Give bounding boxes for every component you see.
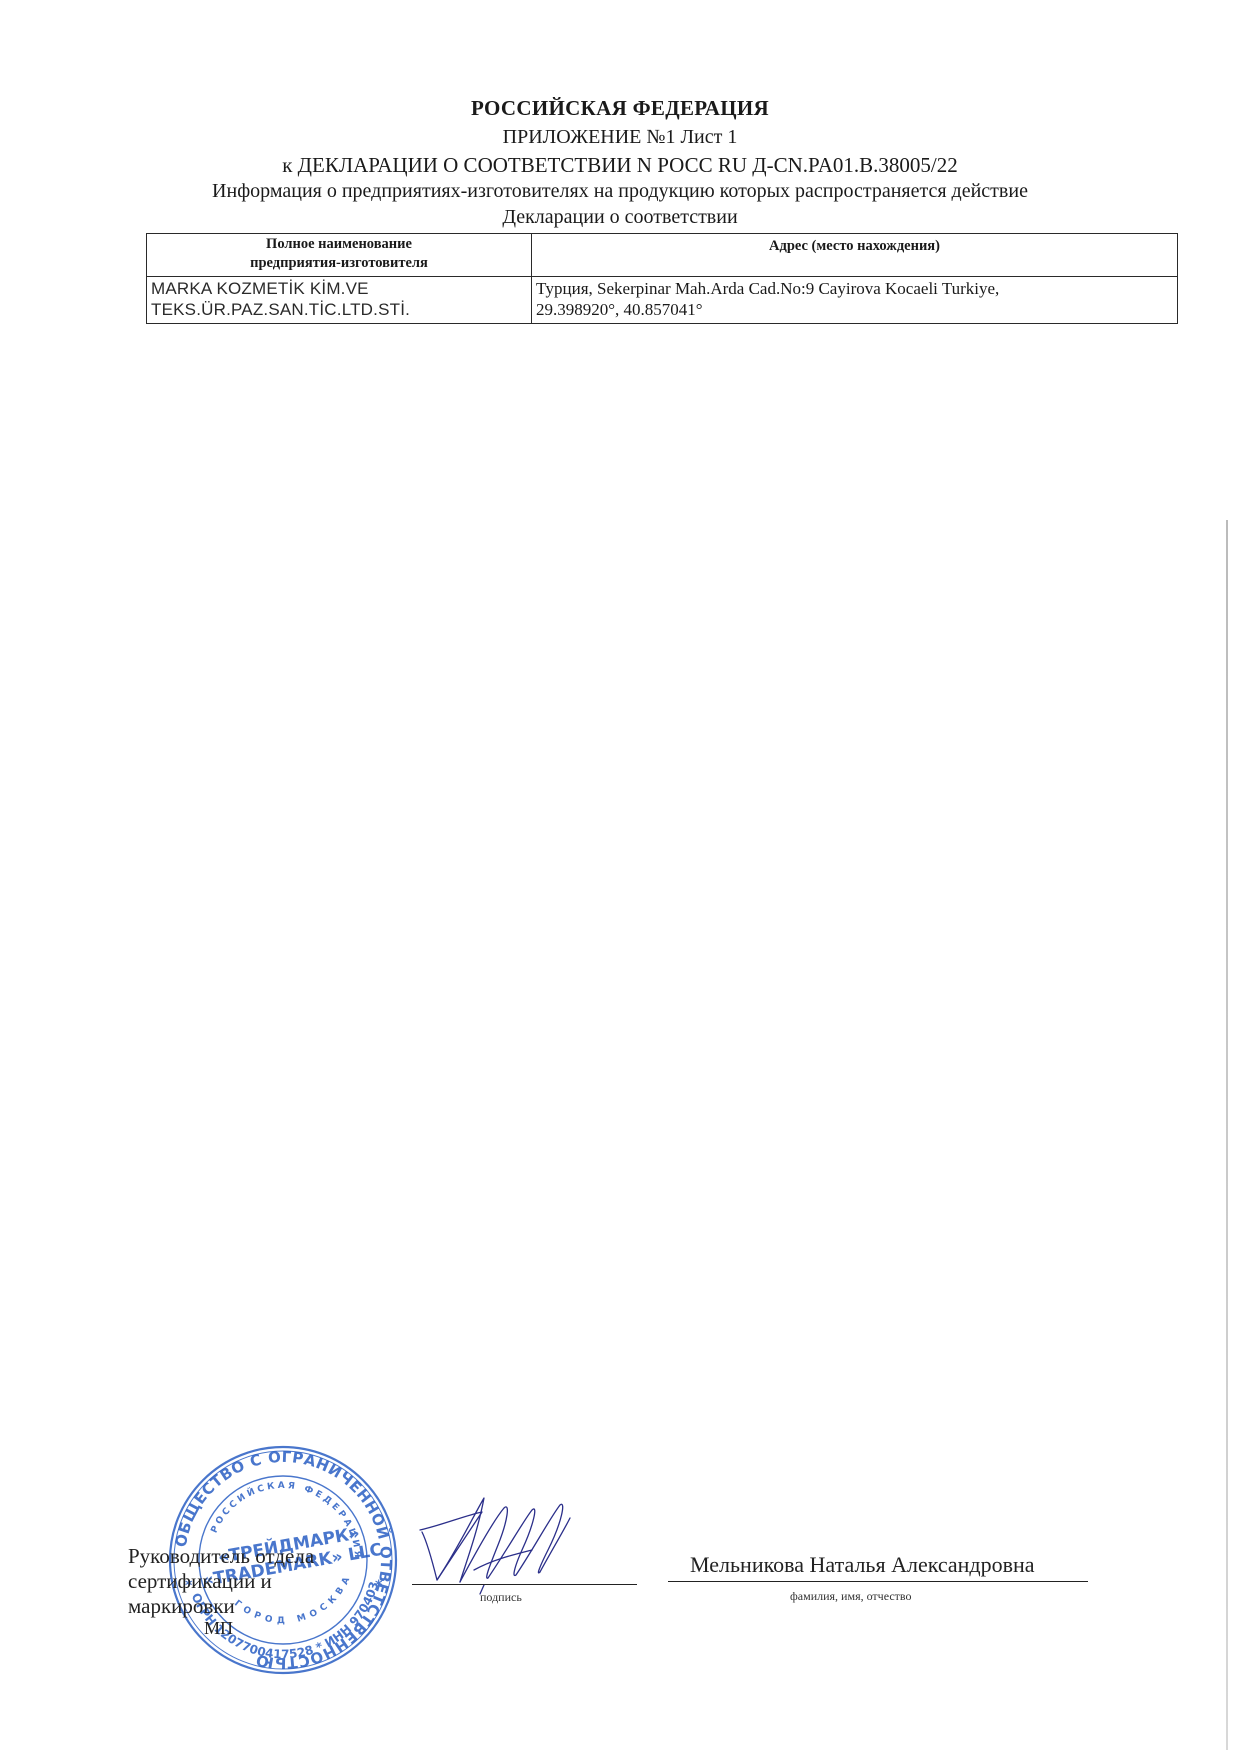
manufacturer-name-line1: MARKA KOZMETİK KİM.VE — [151, 278, 527, 299]
info-line: Информация о предприятиях-изготовителях … — [0, 180, 1240, 203]
address-coordinates: 29.398920°, 40.857041° — [536, 299, 1173, 320]
scan-artifact-line — [1226, 520, 1228, 1750]
header-address: Адрес (место нахождения) — [532, 234, 1178, 277]
header-manufacturer-name: Полное наименование предприятия-изготови… — [147, 234, 532, 277]
signature-line — [412, 1584, 637, 1585]
role-line2: сертификации и — [128, 1569, 314, 1594]
role-line1: Руководитель отдела — [128, 1544, 314, 1569]
table-header-row: Полное наименование предприятия-изготови… — [147, 234, 1178, 277]
svg-text:*: * — [375, 1578, 383, 1594]
signatory-role: Руководитель отдела сертификации и марки… — [128, 1544, 314, 1619]
table-row: MARKA KOZMETİK KİM.VE TEKS.ÜR.PAZ.SAN.Tİ… — [147, 277, 1178, 324]
role-line3: маркировки — [128, 1594, 314, 1619]
manufacturer-name-cell: MARKA KOZMETİK KİM.VE TEKS.ÜR.PAZ.SAN.Tİ… — [147, 277, 532, 324]
document-page: РОССИЙСКАЯ ФЕДЕРАЦИЯ ПРИЛОЖЕНИЕ №1 Лист … — [0, 0, 1240, 1754]
country-title: РОССИЙСКАЯ ФЕДЕРАЦИЯ — [0, 96, 1240, 121]
seal-mark: МП — [204, 1618, 233, 1639]
signatory-full-name: Мельникова Наталья Александровна — [690, 1552, 1035, 1578]
handwritten-signature-icon — [412, 1490, 602, 1595]
signature-caption: подпись — [480, 1590, 522, 1605]
annex-title: ПРИЛОЖЕНИЕ №1 Лист 1 — [0, 126, 1240, 149]
info-line-2: Декларации о соответствии — [0, 206, 1240, 229]
header-name-line1: Полное наименование — [151, 235, 527, 254]
manufacturer-address-cell: Турция, Sekerpinar Mah.Arda Cad.No:9 Cay… — [532, 277, 1178, 324]
name-caption: фамилия, имя, отчество — [790, 1589, 911, 1604]
name-line — [668, 1581, 1088, 1582]
manufacturer-name-line2: TEKS.ÜR.PAZ.SAN.TİC.LTD.STİ. — [151, 299, 527, 320]
address-line1: Турция, Sekerpinar Mah.Arda Cad.No:9 Cay… — [536, 278, 1173, 299]
header-name-line2: предприятия-изготовителя — [151, 254, 527, 273]
manufacturers-table: Полное наименование предприятия-изготови… — [146, 233, 1178, 324]
declaration-number: к ДЕКЛАРАЦИИ О СООТВЕТСТВИИ N РОСС RU Д-… — [0, 153, 1240, 178]
